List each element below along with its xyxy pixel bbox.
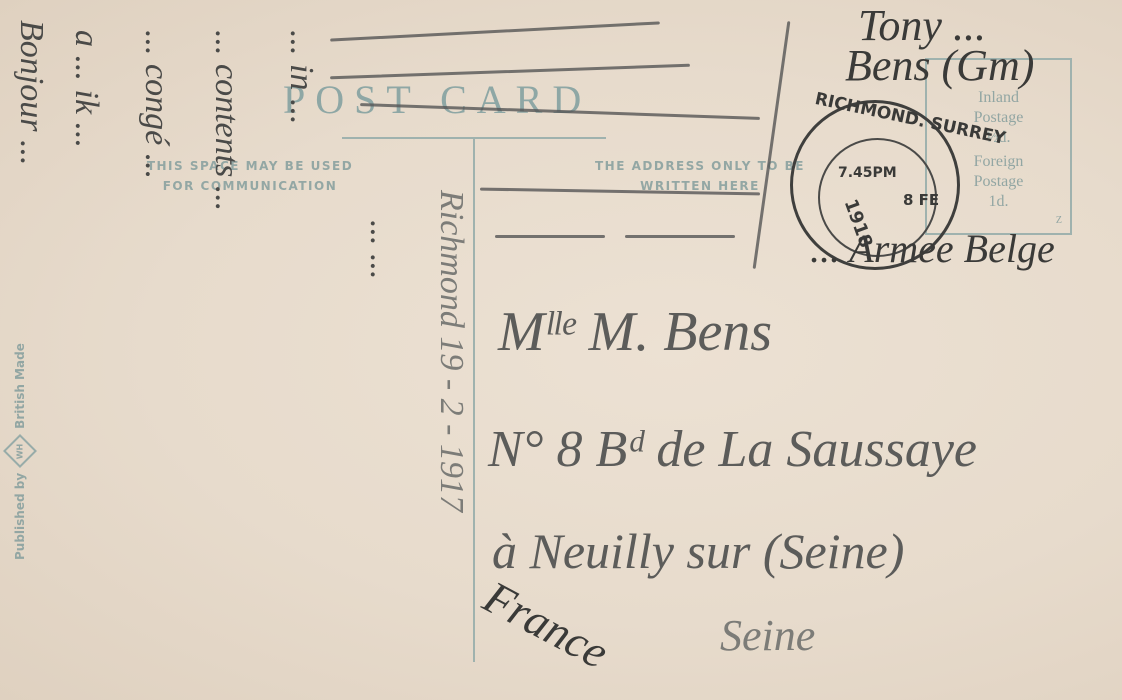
address-line-recipient: Mˡˡᵉ M. Bens: [498, 300, 772, 364]
message-line: Bonjour ...: [12, 20, 50, 165]
postmark-day: 8 FE: [903, 191, 939, 209]
ink-stroke: [495, 235, 605, 238]
address-line-city: à Neuilly sur (Seine): [492, 522, 904, 580]
ink-stroke: [330, 21, 660, 41]
publisher-logo-icon: WH: [3, 434, 37, 468]
message-date-line: Richmond 19 - 2 - 1917: [432, 190, 470, 512]
postcard-title: POST CARD: [283, 76, 591, 123]
message-line: ... ...: [362, 220, 400, 280]
message-line: a ... ik ...: [67, 30, 105, 148]
ink-stroke: [753, 21, 791, 269]
address-line-street: N° 8 Bᵈ de La Saussaye: [488, 420, 977, 479]
address-line-country: France: [475, 570, 617, 679]
message-line: ... congé ...: [137, 30, 175, 179]
address-line-department: Seine: [720, 610, 815, 661]
postmark-time: 7.45PM: [838, 165, 897, 181]
message-line: ... in ...: [282, 30, 320, 124]
publisher-logo-text: WH: [16, 443, 25, 459]
publisher-imprint: Published by WH British Made: [8, 260, 32, 560]
message-top-right-2: Bens (Gm): [845, 40, 1034, 91]
divider-line: [473, 137, 475, 662]
postcard-back: POST CARD THIS SPACE MAY BE USED FOR COM…: [0, 0, 1122, 700]
ink-stroke: [625, 235, 735, 238]
stamp-text: Inland: [927, 88, 1070, 108]
message-side-line: ... Armee Belge: [810, 225, 1055, 272]
stamp-corner-mark: Z: [1056, 211, 1062, 231]
caption-line: THE ADDRESS ONLY TO BE: [575, 156, 825, 176]
publisher-suffix: British Made: [13, 343, 27, 429]
message-line: ... contents ...: [207, 30, 245, 211]
publisher-prefix: Published by: [13, 473, 27, 560]
